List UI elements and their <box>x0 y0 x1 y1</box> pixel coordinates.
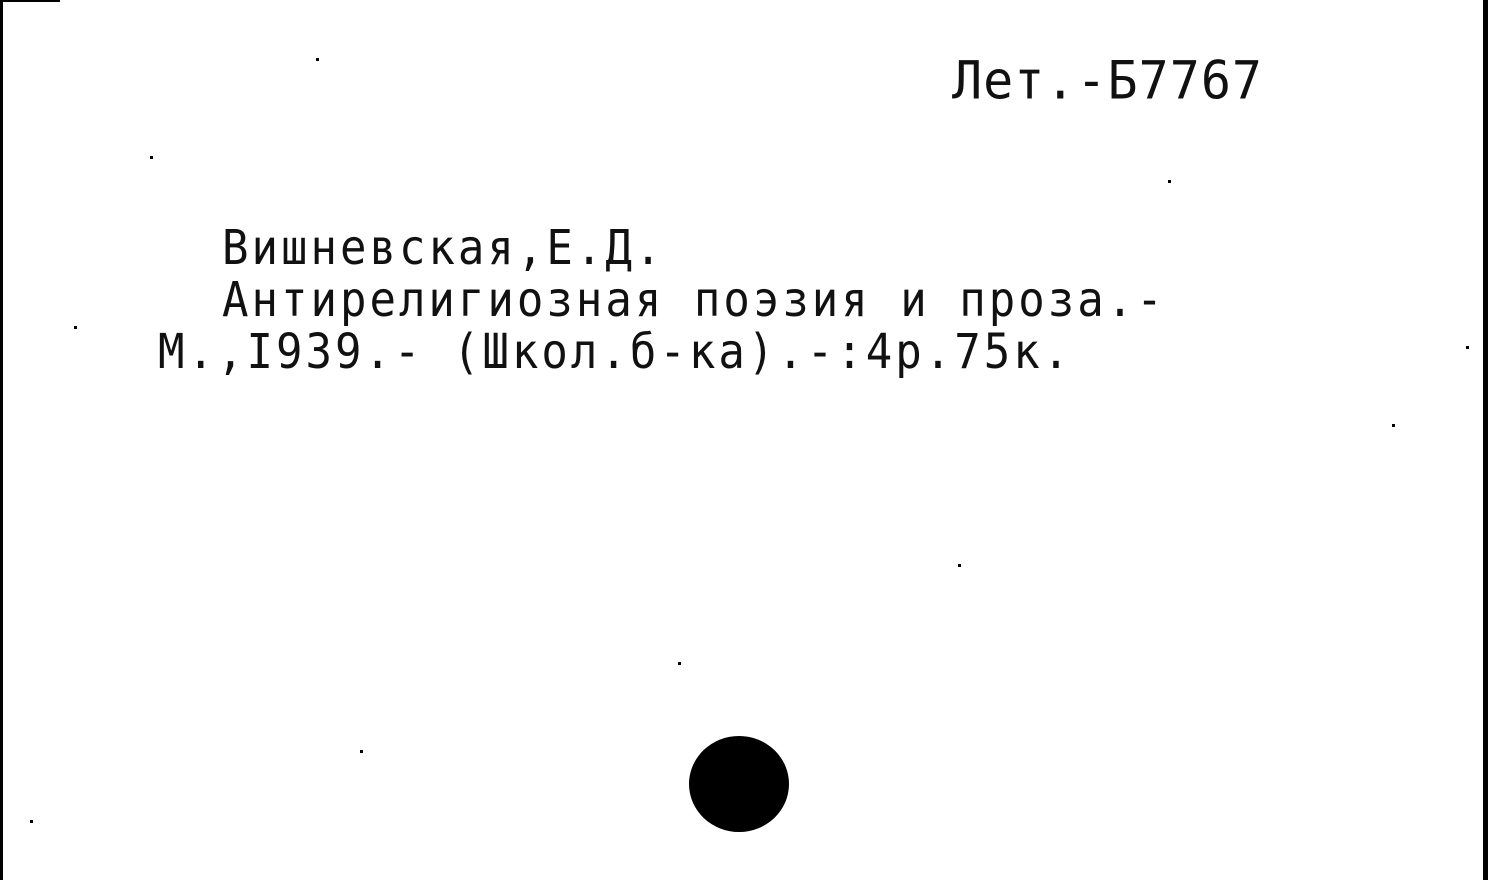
speck <box>1466 346 1469 349</box>
title-line: Антирелигиозная поэзия и проза.- <box>222 272 1166 328</box>
author-line: Вишневская,Е.Д. <box>222 220 664 276</box>
speck <box>678 662 681 665</box>
speck <box>958 564 961 567</box>
card-left-edge <box>0 0 3 880</box>
speck <box>1392 424 1395 427</box>
speck <box>1168 180 1171 183</box>
catalog-card: Лет.-Б7767 Вишневская,Е.Д. Антирелигиозн… <box>0 0 1488 880</box>
speck <box>150 156 153 159</box>
shelfmark: Лет.-Б7767 <box>952 50 1263 111</box>
speck <box>74 326 77 329</box>
speck <box>30 820 33 823</box>
imprint-line: М.,I939.- (Школ.б-ка).-:4р.75к. <box>158 324 1072 380</box>
punch-hole <box>689 736 789 832</box>
card-right-edge <box>1483 0 1488 880</box>
speck <box>360 750 363 753</box>
speck <box>316 58 319 61</box>
card-top-edge <box>0 0 60 2</box>
